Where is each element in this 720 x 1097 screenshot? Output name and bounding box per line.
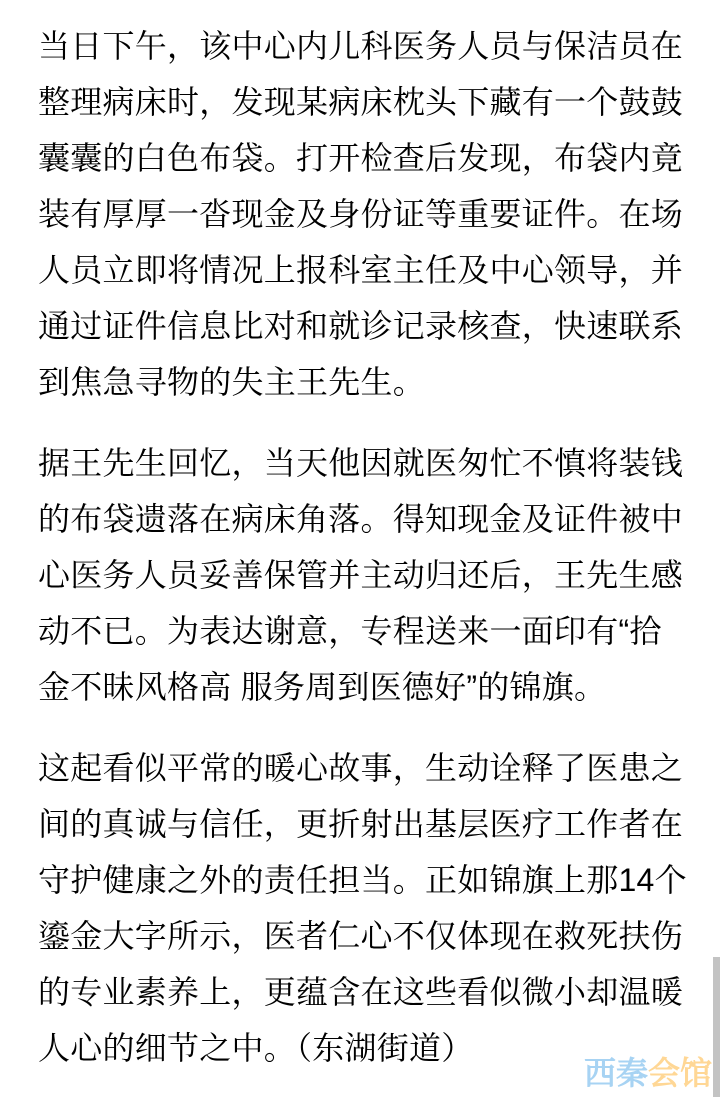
text-line: 守护健康之外的责任担当。正如锦旗上那14个	[38, 852, 688, 908]
text-line: 金不昧风格高 服务周到医德好”的锦旗。	[38, 659, 688, 715]
text-line: 据王先生回忆，当天他因就医匆忙不慎将装钱	[38, 435, 688, 491]
watermark-text-blue: 西秦	[584, 1055, 648, 1091]
text-line: 到焦急寻物的失主王先生。	[38, 354, 688, 410]
paragraph-3: 这起看似平常的暖心故事，生动诠释了医患之 间的真诚与信任，更折射出基层医疗工作者…	[38, 740, 688, 1076]
scrollbar-thumb[interactable]	[713, 957, 720, 1097]
paragraph-1: 当日下午，该中心内儿科医务人员与保洁员在 整理病床时，发现某病床枕头下藏有一个鼓…	[38, 18, 688, 410]
text-line: 的布袋遗落在病床角落。得知现金及证件被中	[38, 491, 688, 547]
text-line: 的专业素养上，更蕴含在这些看似微小却温暖	[38, 964, 688, 1020]
watermark-text-orange: 会馆	[648, 1055, 712, 1091]
text-line: 心医务人员妥善保管并主动归还后，王先生感	[38, 547, 688, 603]
article-page: 当日下午，该中心内儿科医务人员与保洁员在 整理病床时，发现某病床枕头下藏有一个鼓…	[0, 0, 720, 1097]
text-line: 鎏金大字所示，医者仁心不仅体现在救死扶伤	[38, 908, 688, 964]
text-line: 动不已。为表达谢意，专程送来一面印有“拾	[38, 603, 688, 659]
text-line: 通过证件信息比对和就诊记录核查，快速联系	[38, 298, 688, 354]
text-line: 间的真诚与信任，更折射出基层医疗工作者在	[38, 796, 688, 852]
text-line: 装有厚厚一沓现金及身份证等重要证件。在场	[38, 186, 688, 242]
text-line: 人员立即将情况上报科室主任及中心领导，并	[38, 242, 688, 298]
text-line: 当日下午，该中心内儿科医务人员与保洁员在	[38, 18, 688, 74]
paragraph-2: 据王先生回忆，当天他因就医匆忙不慎将装钱 的布袋遗落在病床角落。得知现金及证件被…	[38, 435, 688, 715]
text-line: 整理病床时，发现某病床枕头下藏有一个鼓鼓	[38, 74, 688, 130]
text-line: 这起看似平常的暖心故事，生动诠释了医患之	[38, 740, 688, 796]
watermark: 西秦会馆	[584, 1055, 712, 1091]
text-line: 囊囊的白色布袋。打开检查后发现，布袋内竟	[38, 130, 688, 186]
article-body: 当日下午，该中心内儿科医务人员与保洁员在 整理病床时，发现某病床枕头下藏有一个鼓…	[38, 18, 688, 1097]
